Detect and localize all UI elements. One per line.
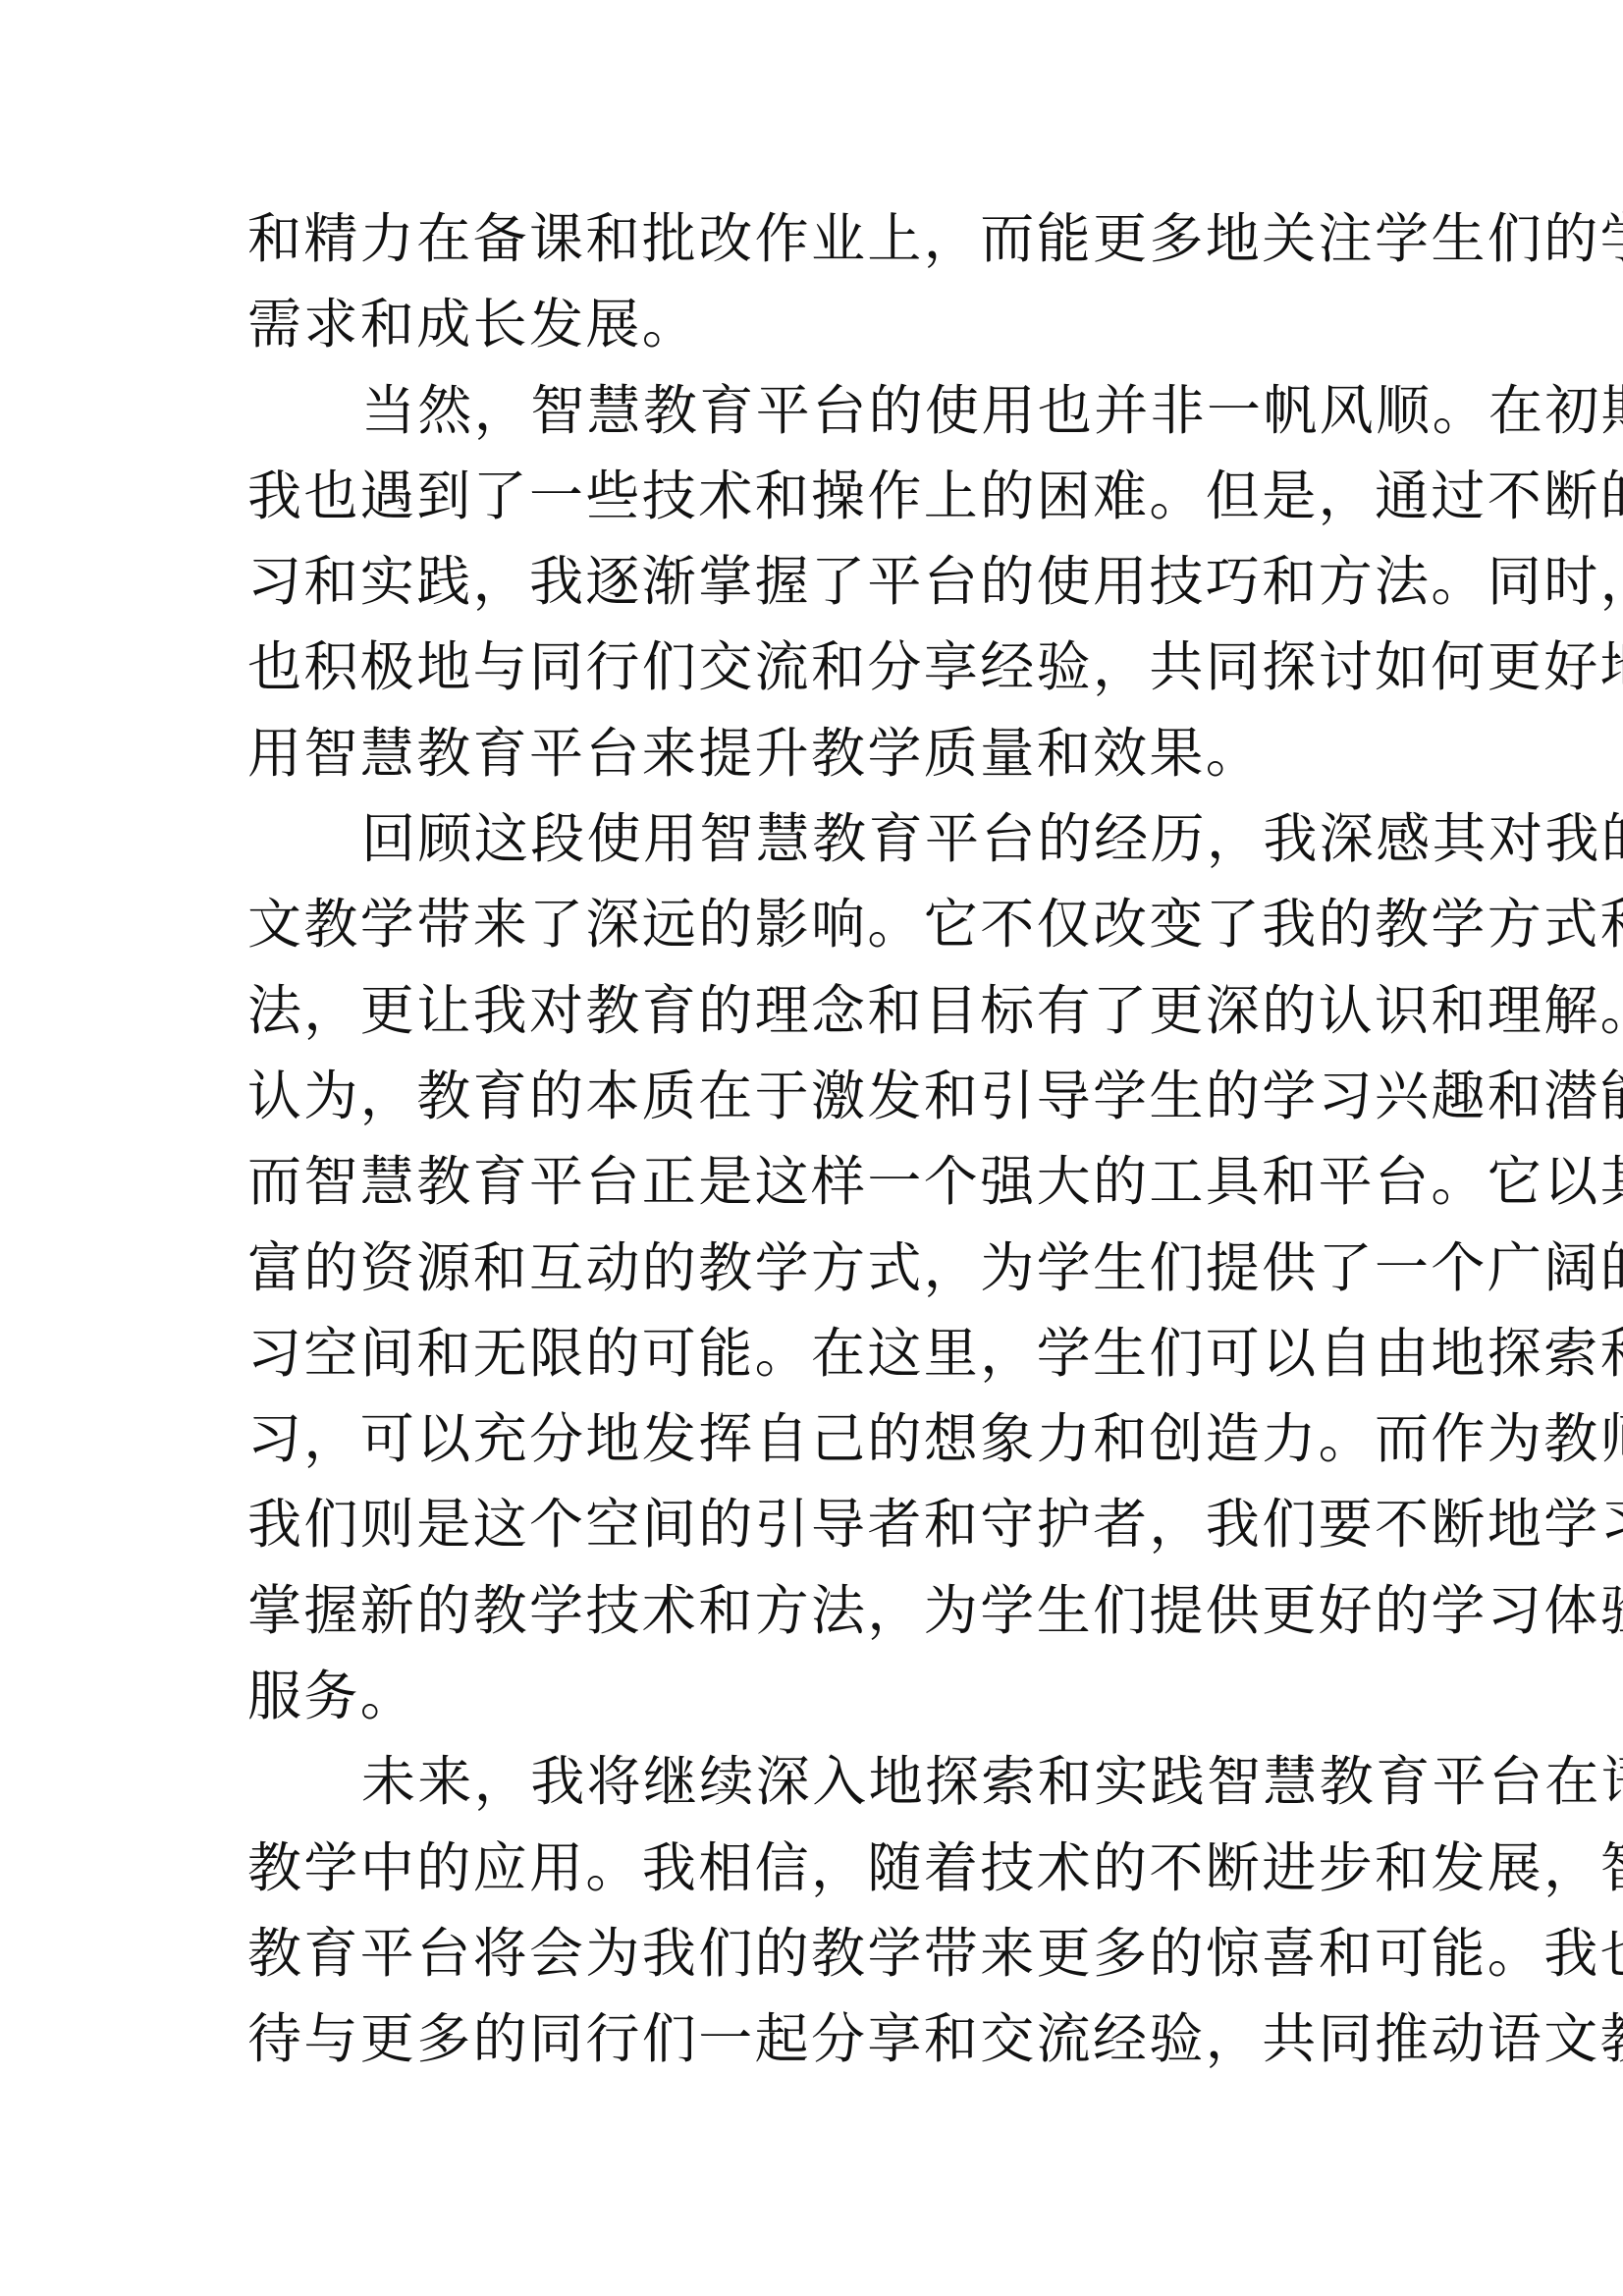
text-line: 富的资源和互动的教学方式，为学生们提供了一个广阔的学	[247, 1226, 1386, 1311]
text-line: 需求和成长发展。	[247, 282, 1386, 367]
text-line: 我们则是这个空间的引导者和守护者，我们要不断地学习和	[247, 1482, 1386, 1567]
text-line: 认为，教育的本质在于激发和引导学生的学习兴趣和潜能，	[247, 1054, 1386, 1139]
paragraph: 当然，智慧教育平台的使用也并非一帆风顺。在初期， 我也遇到了一些技术和操作上的困…	[247, 368, 1386, 796]
text-line: 和精力在备课和批改作业上，而能更多地关注学生们的学习	[247, 196, 1386, 282]
text-line: 回顾这段使用智慧教育平台的经历，我深感其对我的语	[247, 796, 1386, 882]
text-line: 教育平台将会为我们的教学带来更多的惊喜和可能。我也期	[247, 1911, 1386, 1996]
text-line: 也积极地与同行们交流和分享经验，共同探讨如何更好地利	[247, 625, 1386, 710]
text-line: 习空间和无限的可能。在这里，学生们可以自由地探索和学	[247, 1311, 1386, 1396]
document-page: 和精力在备课和批改作业上，而能更多地关注学生们的学习 需求和成长发展。 当然，智…	[247, 196, 1386, 2083]
text-line: 掌握新的教学技术和方法，为学生们提供更好的学习体验和	[247, 1568, 1386, 1654]
text-line: 习和实践，我逐渐掌握了平台的使用技巧和方法。同时，我	[247, 539, 1386, 625]
text-line: 文教学带来了深远的影响。它不仅改变了我的教学方式和方	[247, 882, 1386, 967]
paragraph: 未来，我将继续深入地探索和实践智慧教育平台在语文 教学中的应用。我相信，随着技术…	[247, 1739, 1386, 2082]
text-line: 教学中的应用。我相信，随着技术的不断进步和发展，智慧	[247, 1826, 1386, 1911]
text-line: 用智慧教育平台来提升教学质量和效果。	[247, 711, 1386, 796]
text-line: 习，可以充分地发挥自己的想象力和创造力。而作为教师，	[247, 1396, 1386, 1482]
text-line: 服务。	[247, 1654, 1386, 1739]
text-line: 当然，智慧教育平台的使用也并非一帆风顺。在初期，	[247, 368, 1386, 454]
text-line: 未来，我将继续深入地探索和实践智慧教育平台在语文	[247, 1739, 1386, 1825]
text-line: 法，更让我对教育的理念和目标有了更深的认识和理解。我	[247, 968, 1386, 1054]
text-line: 待与更多的同行们一起分享和交流经验，共同推动语文教育	[247, 1996, 1386, 2082]
paragraph: 和精力在备课和批改作业上，而能更多地关注学生们的学习 需求和成长发展。	[247, 196, 1386, 368]
text-line: 而智慧教育平台正是这样一个强大的工具和平台。它以其丰	[247, 1139, 1386, 1225]
text-line: 我也遇到了一些技术和操作上的困难。但是，通过不断的学	[247, 454, 1386, 539]
paragraph: 回顾这段使用智慧教育平台的经历，我深感其对我的语 文教学带来了深远的影响。它不仅…	[247, 796, 1386, 1739]
